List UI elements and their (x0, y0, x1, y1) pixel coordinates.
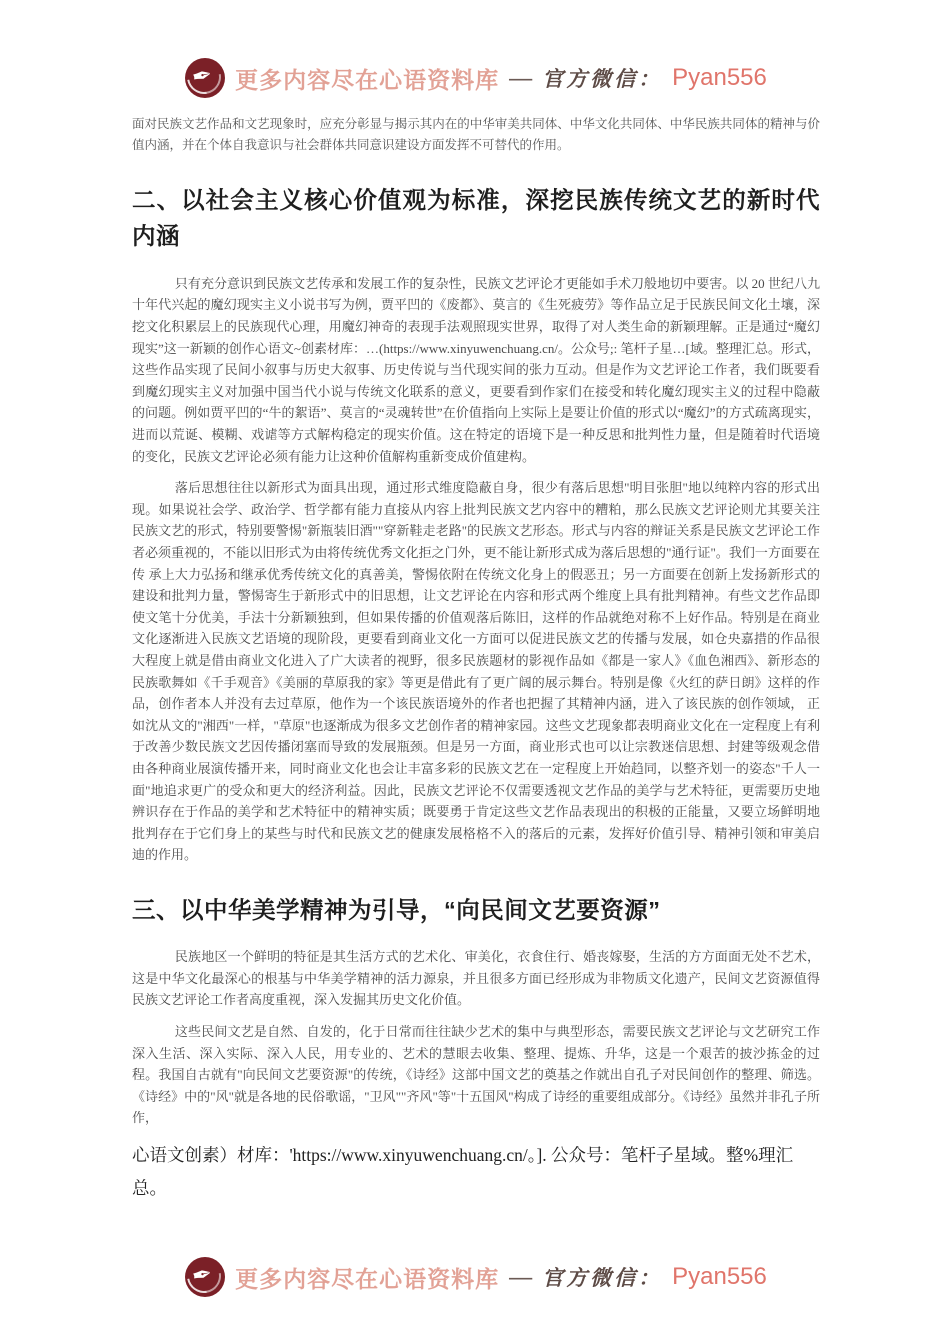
section-heading-2: 二、以社会主义核心价值观为标准，深挖民族传统文艺的新时代内涵 (132, 182, 820, 255)
banner-wechat-label: 官方微信： (542, 63, 662, 93)
pen-nib-logo-icon: ✒ (185, 58, 225, 98)
logo-swirl (185, 58, 225, 98)
section-3-paragraph-1: 民族地区一个鲜明的特征是其生活方式的艺术化、审美化，衣食住行、婚丧嫁娶，生活的方… (132, 946, 820, 1011)
banner-wechat-label: 官方微信： (542, 1262, 662, 1292)
footer-resource-banner: ✒ 更多内容尽在心语资料库—官方微信： Pyan556 (132, 1257, 820, 1297)
section-2-paragraph-2: 落后思想往往以新形式为面具出现，通过形式维度隐蔽自身，很少有落后思想"明目张胆"… (132, 477, 820, 866)
logo-swirl (185, 1257, 225, 1297)
header-resource-banner: ✒ 更多内容尽在心语资料库—官方微信： Pyan556 (132, 0, 820, 98)
section-3-paragraph-2: 这些民间文艺是自然、自发的，化于日常而往往缺少艺术的集中与典型形态，需要民族文艺… (132, 1021, 820, 1129)
section-2-paragraph-1: 只有充分意识到民族文艺传承和发展工作的复杂性，民族文艺评论才更能如手术刀般地切中… (132, 273, 820, 467)
intro-paragraph: 面对民族文艺作品和文艺现象时，应充分彰显与揭示其内在的中华审美共同体、中华文化共… (132, 114, 820, 156)
banner-main-text: 更多内容尽在心语资料库 (235, 1261, 499, 1294)
watermark-source-line: 心语文创素）材库：'https://www.xinyuwenchuang.cn/… (132, 1139, 820, 1205)
banner-dash: — (509, 1264, 532, 1290)
section-heading-3: 三、以中华美学精神为引导，“向民间文艺要资源” (132, 892, 820, 928)
document-page: ✒ 更多内容尽在心语资料库—官方微信： Pyan556 面对民族文艺作品和文艺现… (0, 0, 950, 1344)
banner-main-text: 更多内容尽在心语资料库 (235, 62, 499, 95)
banner-wechat-id: Pyan556 (672, 64, 767, 92)
banner-wechat-id: Pyan556 (672, 1263, 767, 1291)
pen-nib-logo-icon: ✒ (185, 1257, 225, 1297)
banner-dash: — (509, 65, 532, 91)
